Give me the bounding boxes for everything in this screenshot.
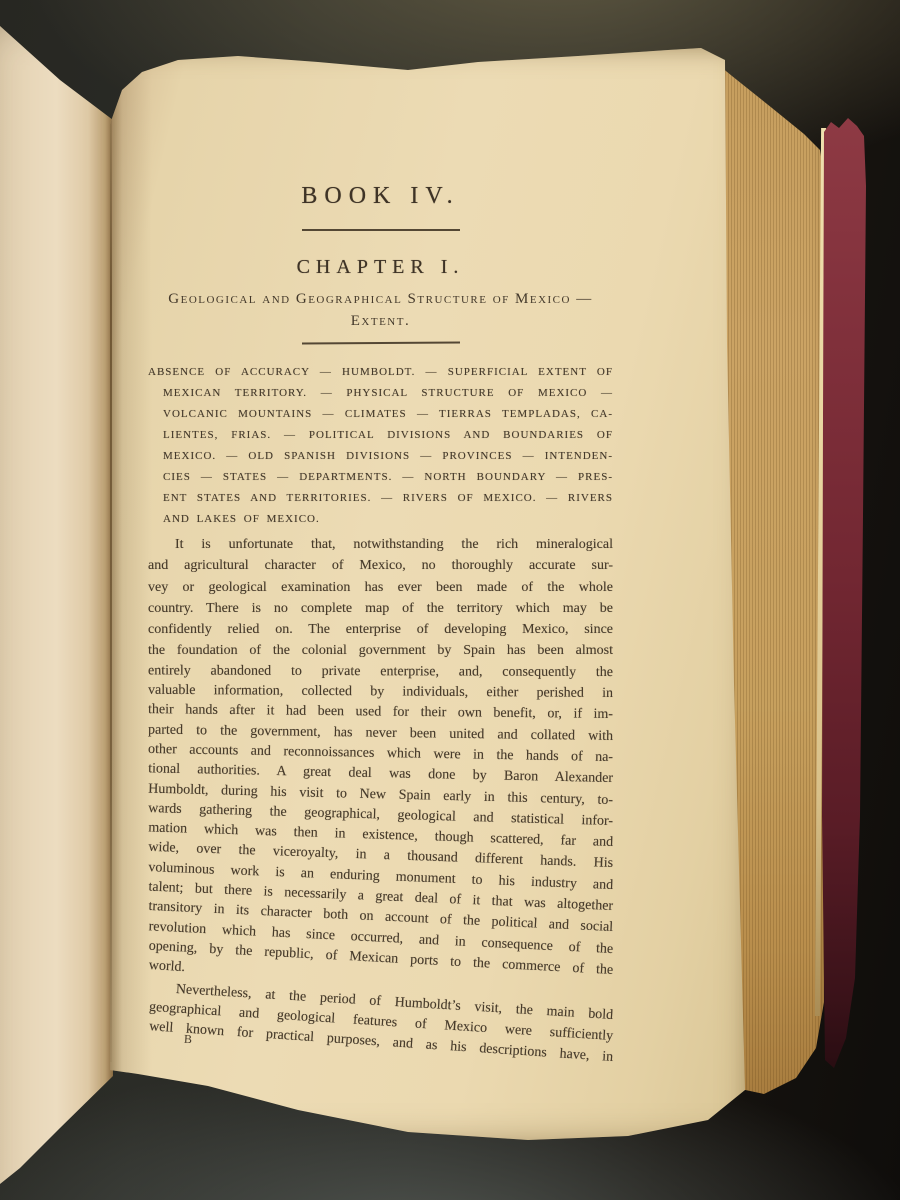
synopsis-line: VOLCANIC MOUNTAINS — CLIMATES — TIERRAS … xyxy=(148,404,613,425)
paragraph-line: and agricultural character of Mexico, no… xyxy=(148,555,613,576)
paragraph-line: confidently relied on. The enterprise of… xyxy=(148,619,613,640)
synopsis-line: CIES — STATES — DEPARTMENTS. — NORTH BOU… xyxy=(148,467,613,488)
synopsis-line: ABSENCE OF ACCURACY — HUMBOLDT. — SUPERF… xyxy=(148,362,613,383)
chapter-synopsis: ABSENCE OF ACCURACY — HUMBOLDT. — SUPERF… xyxy=(148,362,613,530)
paragraph-line: the foundation of the colonial governmen… xyxy=(148,640,613,661)
chapter-subtitle-line-2: Extent. xyxy=(148,310,613,332)
book-heading: BOOK IV. xyxy=(148,183,613,209)
divider-rule-top xyxy=(302,229,460,231)
signature-mark: B xyxy=(184,1032,194,1048)
page-text-column: BOOK IV. CHAPTER I. Geological and Geogr… xyxy=(148,44,613,1068)
photo-background: BOOK IV. CHAPTER I. Geological and Geogr… xyxy=(0,0,900,1200)
chapter-heading: CHAPTER I. xyxy=(148,255,613,279)
divider-rule-bottom xyxy=(301,341,459,344)
left-page xyxy=(0,0,113,1200)
synopsis-line: MEXICO. — OLD SPANISH DIVISIONS — PROVIN… xyxy=(148,446,613,467)
paragraph-line: country. There is no complete map of the… xyxy=(148,598,613,619)
back-cover xyxy=(822,116,868,1076)
paragraph-line: It is unfortunate that, notwithstanding … xyxy=(148,534,613,555)
chapter-subtitle-line-1: Geological and Geographical Structure of… xyxy=(148,288,613,310)
paragraph-line: vey or geological examination has ever b… xyxy=(148,577,613,598)
synopsis-line: MEXICAN TERRITORY. — PHYSICAL STRUCTURE … xyxy=(148,383,613,404)
body-paragraph-1: It is unfortunate that, notwithstanding … xyxy=(148,534,613,1003)
synopsis-line: LIENTES, FRIAS. — POLITICAL DIVISIONS AN… xyxy=(148,425,613,446)
body-paragraph-2: Nevertheless, at the period of Humboldt’… xyxy=(148,1005,613,1069)
right-page: BOOK IV. CHAPTER I. Geological and Geogr… xyxy=(108,44,750,1152)
synopsis-line: ENT STATES AND TERRITORIES. — RIVERS OF … xyxy=(148,488,613,509)
synopsis-line: AND LAKES OF MEXICO. xyxy=(148,509,613,530)
